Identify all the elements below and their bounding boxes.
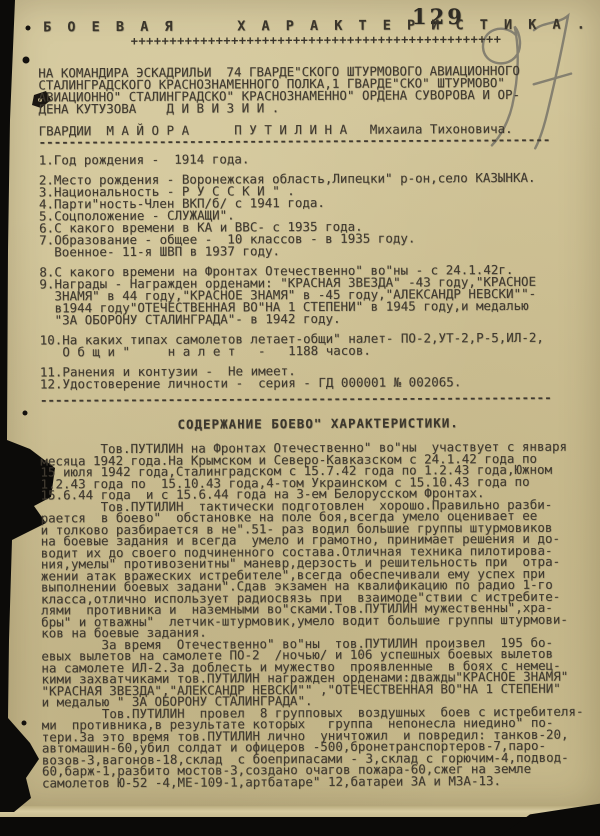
- separator-line: ----------------------------------------…: [39, 135, 595, 148]
- text-line: 12.Удостоверение личности - серия - ГД 0…: [40, 376, 596, 391]
- subject-line-block: ГВАРДИИ М А Й О Р А П У Т И Л И Н А Миха…: [39, 123, 595, 148]
- record-block-5: 11.Ранения и контузии - Не имеет.12.Удос…: [40, 364, 596, 391]
- content-paragraph-2: Тов.ПУТИЛИН тактически подготовлен хорош…: [41, 498, 598, 639]
- content-paragraph-3: За время Отечественно" во"ны тов.ПУТИЛИН…: [41, 636, 597, 708]
- addressee-paragraph: НА КОМАНДИРА ЭСКАДРИЛЬИ 74 ГВАРДЕ"СКОГО …: [38, 65, 594, 116]
- document-content: Б О Е В А Я Х А Р А К Т Е Р И С Т И К А …: [38, 0, 598, 809]
- separator-line: ----------------------------------------…: [40, 393, 596, 406]
- record-block-4: 10.На каких типах самолетов летает-общи"…: [40, 332, 596, 359]
- text-line: О б щ и " н а л е т - 1188 часов.: [40, 344, 596, 359]
- text-line: "ЗА ОБОРОНУ СТАЛИНГРАДА"- в 1942 году.: [40, 312, 596, 327]
- record-block-2: 2.Место рождения - Воронежская область,Л…: [39, 172, 595, 259]
- text-line: 1.Год рождения - 1914 года.: [39, 152, 595, 167]
- title-underline: ++++++++++++++++++++++++++++++++++++++++…: [38, 34, 594, 47]
- content-section-heading: СОДЕРЖАНИЕ БОЕВО" ХАРАКТЕРИСТИКИ.: [40, 415, 596, 433]
- text-line: самолетов Ю-52 -4,МЕ-109-1,артбатаре" 12…: [42, 774, 598, 788]
- content-paragraph-1: Тов.ПУТИЛИН на Фронтах Отечественно" во"…: [40, 441, 596, 501]
- record-block-1: 1.Год рождения - 1914 года.: [39, 152, 595, 167]
- record-block-3: 8.С какого времени на Фронтах Отечествен…: [39, 264, 595, 327]
- content-paragraph-4: Тов.ПУТИЛИН провел 8 групповых воздушных…: [42, 705, 598, 788]
